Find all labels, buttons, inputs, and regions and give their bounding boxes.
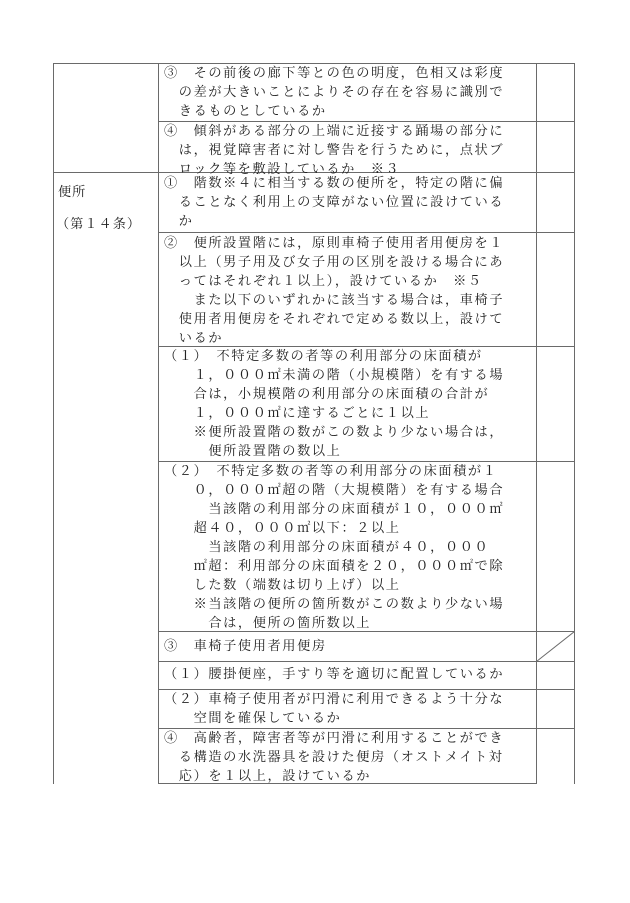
check-cell[interactable]: [537, 690, 574, 728]
item-line: ※便所設置階の数がこの数より少ない場合は，: [164, 423, 504, 442]
item-line: した数（端数は切り上げ）以上: [164, 576, 504, 595]
item-line: 合は，小規模階の利用部分の床面積の合計が: [164, 385, 504, 404]
check-cell[interactable]: [537, 662, 574, 689]
item-line: また以下のいずれかに該当する場合は，車椅子: [164, 291, 504, 310]
item-line: ③ 車椅子使用者用便房: [164, 637, 327, 656]
item-line: ってはそれぞれ１以上），設けているか ※５: [164, 272, 504, 291]
article-label: （第１４条）: [56, 213, 141, 232]
checklist-item-wheelchair-toilet-heading: ③ 車椅子使用者用便房: [164, 637, 327, 656]
checklist-item-toilet-per-floor: ① 階数※４に相当する数の便所を，特定の階に偏 ることなく利用上の支障がない位置…: [164, 174, 504, 231]
item-line: ０，０００㎡超の階（大規模階）を有する場合: [164, 481, 504, 500]
item-line: の差が大きいことによりその存在を容易に識別で: [164, 83, 504, 102]
item-line: る構造の水洗器具を設けた便房（オストメイト対: [164, 748, 504, 767]
item-line: は，視覚障害者に対し警告を行うために，点状ブ: [164, 141, 504, 160]
checklist-subitem-seat-handrails: （１）腰掛便座，手すり等を適切に配置しているか: [164, 665, 504, 684]
item-line: ㎡超：利用部分の床面積を２０，０００㎡で除: [164, 557, 504, 576]
checklist-item-tactile-blocks: ④ 傾斜がある部分の上端に近接する踊場の部分に は，視覚障害者に対し警告を行うた…: [164, 122, 504, 179]
check-cell[interactable]: [537, 233, 574, 346]
item-line: いるか: [164, 329, 504, 348]
item-line: （２） 不特定多数の者等の利用部分の床面積が１: [164, 462, 504, 481]
check-cell[interactable]: [537, 122, 574, 172]
item-line: （１） 不特定多数の者等の利用部分の床面積が: [164, 347, 504, 366]
item-line: ④ 高齢者，障害者等が円滑に利用することができ: [164, 729, 504, 748]
item-line: ① 階数※４に相当する数の便所を，特定の階に偏: [164, 174, 504, 193]
checklist-item-stair-color-contrast: ③ その前後の廊下等との色の明度，色相又は彩度 の差が大きいことによりその存在を…: [164, 64, 504, 121]
category-label: 便所: [58, 181, 86, 200]
check-cell[interactable]: [537, 729, 574, 783]
item-line: 合は，便所の箇所数以上: [164, 614, 504, 633]
item-line: 便所設置階の数以上: [164, 442, 504, 461]
not-applicable-slash-icon: [536, 631, 575, 662]
item-line: ② 便所設置階には，原則車椅子使用者用便房を１: [164, 234, 504, 253]
document-page: ③ その前後の廊下等との色の明度，色相又は彩度 の差が大きいことによりその存在を…: [0, 0, 630, 903]
item-line: １，０００㎡に達するごとに１以上: [164, 404, 504, 423]
check-cell[interactable]: [537, 347, 574, 461]
item-line: 応）を１以上，設けているか: [164, 767, 504, 786]
item-line: か: [164, 212, 504, 231]
item-line: 以上（男子用及び女子用の区別を設ける場合にあ: [164, 253, 504, 272]
check-cell[interactable]: [537, 462, 574, 631]
row-divider: [158, 661, 575, 662]
checklist-item-ostomate-toilet: ④ 高齢者，障害者等が円滑に利用することができ る構造の水洗器具を設けた便房（オ…: [164, 729, 504, 786]
item-line: 空間を確保しているか: [164, 709, 504, 728]
item-line: ③ その前後の廊下等との色の明度，色相又は彩度: [164, 64, 504, 83]
item-line: 使用者用便房をそれぞれで定める数以上，設けて: [164, 310, 504, 329]
item-line: 当該階の利用部分の床面積が４０，０００: [164, 538, 504, 557]
item-line: 超４０，０００㎡以下：２以上: [164, 519, 504, 538]
item-line: １，０００㎡未満の階（小規模階）を有する場: [164, 366, 504, 385]
row-divider: [158, 232, 575, 233]
checklist-subitem-space: （２）車椅子使用者が円滑に利用できるよう十分な 空間を確保しているか: [164, 690, 504, 728]
item-line: ることなく利用上の支障がない位置に設けている: [164, 193, 504, 212]
checklist-subitem-small-floors: （１） 不特定多数の者等の利用部分の床面積が １，０００㎡未満の階（小規模階）を…: [164, 347, 504, 461]
check-cell[interactable]: [537, 64, 574, 121]
item-line: 当該階の利用部分の床面積が１０，０００㎡: [164, 500, 504, 519]
check-cell[interactable]: [537, 173, 574, 232]
item-line: （１）腰掛便座，手すり等を適切に配置しているか: [164, 665, 504, 684]
checklist-item-wheelchair-toilet-count: ② 便所設置階には，原則車椅子使用者用便房を１ 以上（男子用及び女子用の区別を設…: [164, 234, 504, 348]
item-line: （２）車椅子使用者が円滑に利用できるよう十分な: [164, 690, 504, 709]
item-line: きるものとしているか: [164, 102, 504, 121]
checklist-subitem-large-floors: （２） 不特定多数の者等の利用部分の床面積が１ ０，０００㎡超の階（大規模階）を…: [164, 462, 504, 633]
item-line: ※当該階の便所の箇所数がこの数より少ない場: [164, 595, 504, 614]
item-line: ④ 傾斜がある部分の上端に近接する踊場の部分に: [164, 122, 504, 141]
